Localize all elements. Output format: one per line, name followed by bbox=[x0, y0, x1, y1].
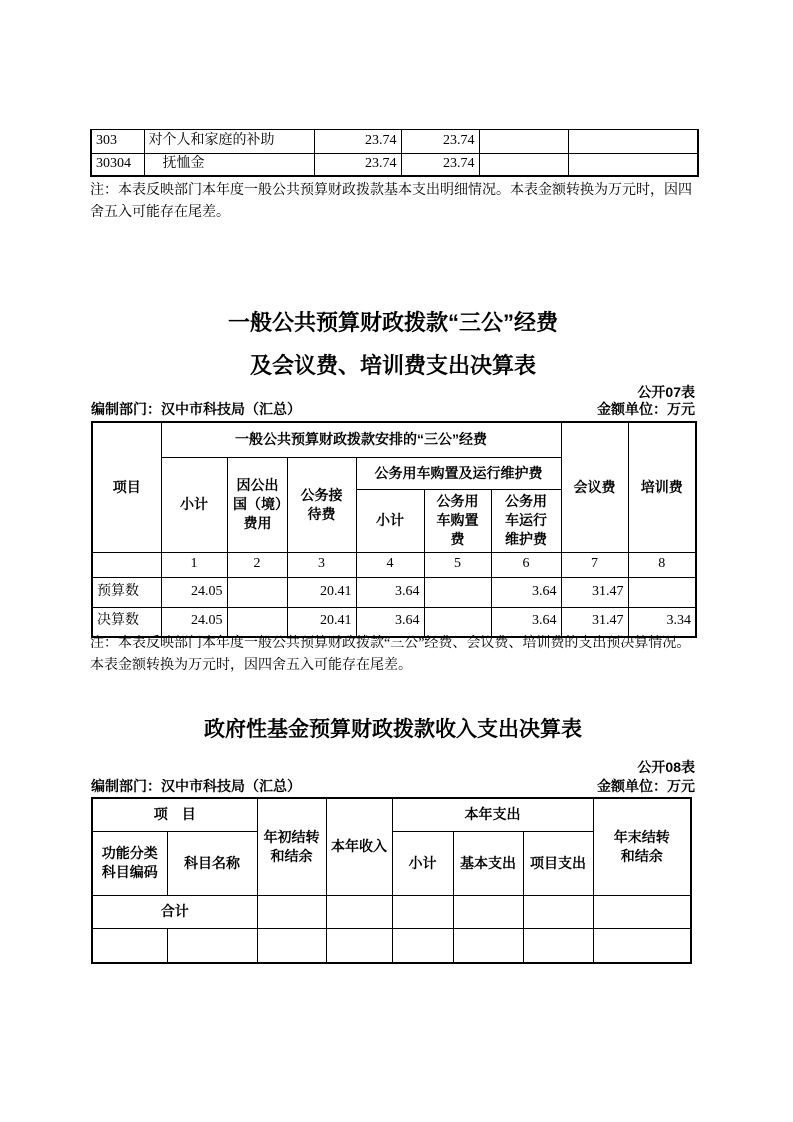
amount-cell: 23.74 bbox=[314, 130, 401, 154]
amount-cell: 3.64 bbox=[356, 577, 424, 607]
document-page: 303 对个人和家庭的补助 23.74 23.74 30304 抚恤金 23.7… bbox=[0, 0, 793, 1122]
header-basic-expense: 基本支出 bbox=[453, 831, 523, 895]
empty-cell bbox=[257, 928, 326, 963]
header-training-fee: 培训费 bbox=[628, 422, 696, 552]
empty-cell bbox=[593, 928, 691, 963]
empty-cell bbox=[167, 928, 257, 963]
header-row: 项目 一般公共预算财政拨款安排的“三公”经费 会议费 培训费 bbox=[92, 422, 696, 457]
total-label: 合计 bbox=[92, 895, 257, 928]
empty-cell bbox=[523, 928, 593, 963]
row-label-budget: 预算数 bbox=[92, 577, 161, 607]
empty-cell bbox=[453, 928, 523, 963]
header-item: 项目 bbox=[92, 422, 161, 552]
header-year-expense: 本年支出 bbox=[392, 798, 593, 831]
header-opening-balance: 年初结转和结余 bbox=[257, 798, 326, 895]
table08-public-number: 公开08表 bbox=[91, 759, 695, 776]
amount-cell: 23.74 bbox=[314, 154, 401, 176]
table06-note: 注：本表反映部门本年度一般公共预算财政拨款基本支出明细情况。本表金额转换为万元时… bbox=[90, 180, 704, 224]
amount-cell: 31.47 bbox=[561, 577, 628, 607]
econ-name-cell: 抚恤金 bbox=[144, 154, 314, 176]
header-subtotal: 小计 bbox=[392, 831, 453, 895]
header-meeting-fee: 会议费 bbox=[561, 422, 628, 552]
col-number: 8 bbox=[628, 552, 696, 577]
econ-name-cell: 对个人和家庭的补助 bbox=[144, 130, 314, 154]
col-number: 5 bbox=[424, 552, 491, 577]
header-subject-name: 科目名称 bbox=[167, 831, 257, 895]
table08-meta: 编制部门：汉中市科技局（汇总） 金额单位：万元 bbox=[91, 778, 695, 795]
gov-fund-budget-table: 项 目 年初结转和结余 本年收入 本年支出 年末结转和结余 功能分类科目编码 科… bbox=[91, 797, 692, 964]
header-project-expense: 项目支出 bbox=[523, 831, 593, 895]
empty-cell bbox=[392, 895, 453, 928]
empty-cell bbox=[227, 577, 287, 607]
empty-cell bbox=[593, 895, 691, 928]
table07-title-line1: 一般公共预算财政拨款“三公”经费 bbox=[91, 301, 695, 344]
amount-cell: 23.74 bbox=[401, 154, 479, 176]
header-vehicle-subtotal: 小计 bbox=[356, 489, 424, 552]
unit-label: 金额单位：万元 bbox=[597, 778, 695, 795]
table08-title: 政府性基金预算财政拨款收入支出决算表 bbox=[91, 716, 695, 744]
header-vehicle-operation: 公务用车运行维护费 bbox=[491, 489, 561, 552]
empty-cell bbox=[424, 577, 491, 607]
amount-cell: 3.64 bbox=[491, 577, 561, 607]
header-sangong-group: 一般公共预算财政拨款安排的“三公”经费 bbox=[161, 422, 561, 457]
table-row bbox=[92, 928, 691, 963]
empty-cell bbox=[568, 130, 698, 154]
amount-cell: 20.41 bbox=[287, 577, 356, 607]
empty-cell bbox=[523, 895, 593, 928]
table-row: 30304 抚恤金 23.74 23.74 bbox=[91, 154, 698, 176]
header-year-income: 本年收入 bbox=[326, 798, 392, 895]
empty-cell bbox=[479, 130, 568, 154]
header-reception-fee: 公务接待费 bbox=[287, 457, 356, 552]
amount-cell: 23.74 bbox=[401, 130, 479, 154]
col-number: 2 bbox=[227, 552, 287, 577]
basic-expense-detail-table-fragment: 303 对个人和家庭的补助 23.74 23.74 30304 抚恤金 23.7… bbox=[90, 129, 699, 177]
empty-cell bbox=[392, 928, 453, 963]
empty-cell bbox=[628, 577, 696, 607]
header-item: 项 目 bbox=[92, 798, 257, 831]
table07-public-number: 公开07表 bbox=[91, 384, 695, 401]
empty-cell bbox=[568, 154, 698, 176]
header-row: 项 目 年初结转和结余 本年收入 本年支出 年末结转和结余 bbox=[92, 798, 691, 831]
empty-cell bbox=[453, 895, 523, 928]
empty-cell bbox=[326, 895, 392, 928]
dept-label: 编制部门：汉中市科技局（汇总） bbox=[91, 401, 301, 417]
empty-cell bbox=[257, 895, 326, 928]
col-number: 7 bbox=[561, 552, 628, 577]
amount-cell: 24.05 bbox=[161, 577, 227, 607]
header-func-code: 功能分类科目编码 bbox=[92, 831, 167, 895]
header-closing-balance: 年末结转和结余 bbox=[593, 798, 691, 895]
header-abroad-fee: 因公出国（境）费用 bbox=[227, 457, 287, 552]
col-number: 4 bbox=[356, 552, 424, 577]
table-row: 预算数 24.05 20.41 3.64 3.64 31.47 bbox=[92, 577, 696, 607]
header-subtotal: 小计 bbox=[161, 457, 227, 552]
empty-cell bbox=[326, 928, 392, 963]
econ-code-cell: 303 bbox=[91, 130, 144, 154]
table07-title: 一般公共预算财政拨款“三公”经费 及会议费、培训费支出决算表 bbox=[91, 301, 695, 387]
table07-note: 注：本表反映部门本年度一般公共预算财政拨款“三公”经费、会议费、培训费的支出预决… bbox=[90, 633, 704, 677]
table07-meta: 编制部门：汉中市科技局（汇总） 金额单位：万元 bbox=[91, 401, 695, 418]
table07-title-line2: 及会议费、培训费支出决算表 bbox=[91, 344, 695, 387]
total-row: 合计 bbox=[92, 895, 691, 928]
sangong-expense-table: 项目 一般公共预算财政拨款安排的“三公”经费 会议费 培训费 小计 因公出国（境… bbox=[91, 421, 697, 638]
column-number-row: 1 2 3 4 5 6 7 8 bbox=[92, 552, 696, 577]
dept-label: 编制部门：汉中市科技局（汇总） bbox=[91, 778, 301, 794]
empty-cell bbox=[92, 928, 167, 963]
table-row: 303 对个人和家庭的补助 23.74 23.74 bbox=[91, 130, 698, 154]
unit-label: 金额单位：万元 bbox=[597, 401, 695, 418]
col-number: 1 bbox=[161, 552, 227, 577]
header-vehicle-group: 公务用车购置及运行维护费 bbox=[356, 457, 561, 489]
col-number: 3 bbox=[287, 552, 356, 577]
econ-code-cell: 30304 bbox=[91, 154, 144, 176]
empty-cell bbox=[92, 552, 161, 577]
empty-cell bbox=[479, 154, 568, 176]
header-vehicle-purchase: 公务用车购置费 bbox=[424, 489, 491, 552]
col-number: 6 bbox=[491, 552, 561, 577]
